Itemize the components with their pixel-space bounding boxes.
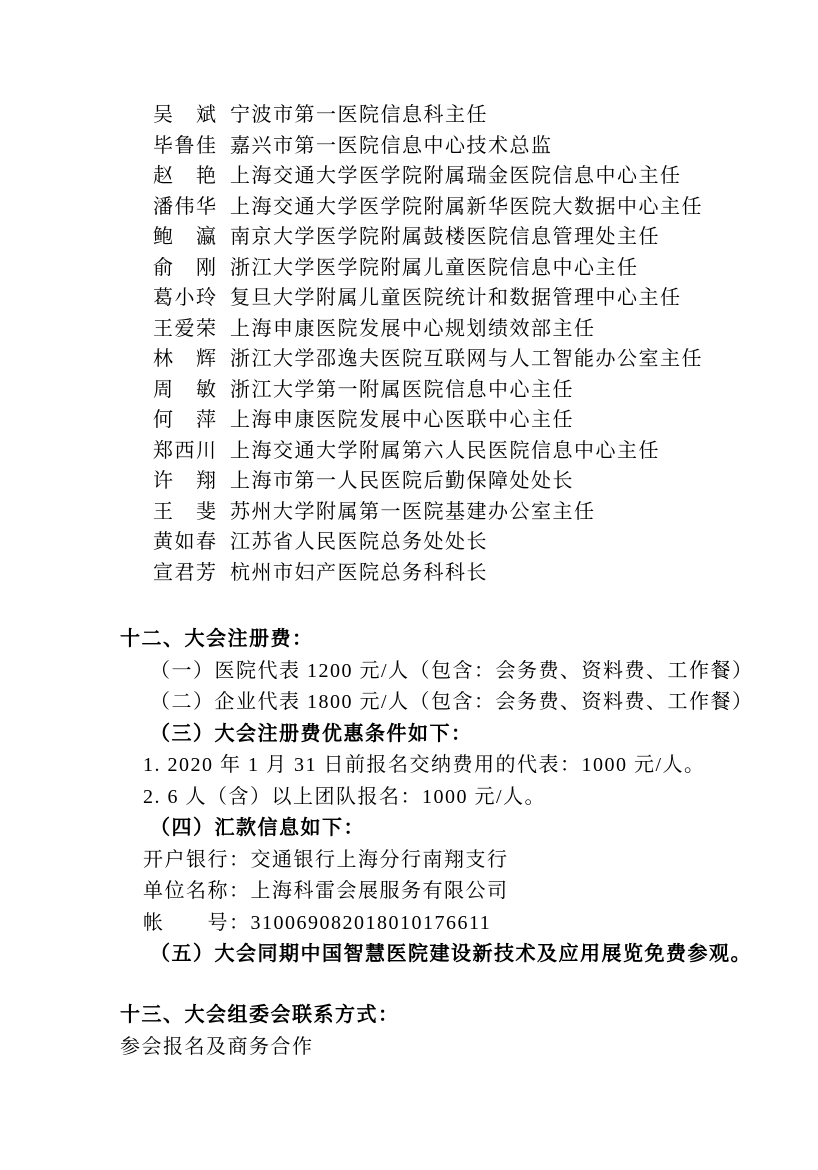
member-row: 毕鲁佳 嘉兴市第一医院信息中心技术总监: [153, 131, 758, 162]
discount-item-early-bird: 1. 2020 年 1 月 31 日前报名交纳费用的代表：1000 元/人。: [0, 750, 818, 782]
member-name: 葛小玲: [153, 283, 219, 314]
member-title: 复旦大学附属儿童医院统计和数据管理中心主任: [230, 283, 682, 314]
member-name: 何 萍: [153, 405, 219, 436]
member-title: 浙江大学第一附属医院信息中心主任: [230, 375, 574, 406]
remittance-account-line: 帐 号：310069082018010176611: [0, 908, 818, 940]
member-name: 郑西川: [153, 436, 219, 467]
member-title: 上海申康医院发展中心医联中心主任: [230, 405, 574, 436]
fee-item-hospital: （一）医院代表 1200 元/人（包含：会务费、资料费、工作餐）: [0, 656, 818, 688]
member-name: 许 翔: [153, 466, 219, 497]
member-name: 王爱荣: [153, 314, 219, 345]
member-row: 林 辉 浙江大学邵逸夫医院互联网与人工智能办公室主任: [153, 344, 758, 375]
member-name: 黄如春: [153, 527, 219, 558]
fee-item-enterprise: （二）企业代表 1800 元/人（包含：会务费、资料费、工作餐）: [0, 687, 818, 719]
member-row: 许 翔 上海市第一人民医院后勤保障处处长: [153, 466, 758, 497]
member-row: 葛小玲 复旦大学附属儿童医院统计和数据管理中心主任: [153, 283, 758, 314]
member-name: 赵 艳: [153, 161, 219, 192]
member-row: 赵 艳 上海交通大学医学院附属瑞金医院信息中心主任: [153, 161, 758, 192]
member-name: 周 敏: [153, 375, 219, 406]
member-title: 上海交通大学附属第六人民医院信息中心主任: [230, 436, 660, 467]
discount-conditions-heading: （三）大会注册费优惠条件如下：: [0, 719, 818, 751]
member-title: 上海申康医院发展中心规划绩效部主任: [230, 314, 596, 345]
exhibition-note-line: （五）大会同期中国智慧医院建设新技术及应用展览免费参观。: [0, 939, 818, 971]
member-title: 上海交通大学医学院附属新华医院大数据中心主任: [230, 192, 703, 223]
committee-member-list: 吴 斌 宁波市第一医院信息科主任 毕鲁佳 嘉兴市第一医院信息中心技术总监 赵 艳…: [153, 100, 758, 588]
member-name: 毕鲁佳: [153, 131, 219, 162]
remittance-company-line: 单位名称：上海科雷会展服务有限公司: [0, 876, 818, 908]
member-title: 浙江大学邵逸夫医院互联网与人工智能办公室主任: [230, 344, 703, 375]
member-row: 周 敏 浙江大学第一附属医院信息中心主任: [153, 375, 758, 406]
member-title: 杭州市妇产医院总务科科长: [230, 558, 488, 589]
member-name: 宣君芳: [153, 558, 219, 589]
member-row: 王 斐 苏州大学附属第一医院基建办公室主任: [153, 497, 758, 528]
remittance-info-heading: （四）汇款信息如下：: [0, 813, 818, 845]
member-title: 宁波市第一医院信息科主任: [230, 100, 488, 131]
member-name: 林 辉: [153, 344, 219, 375]
document-page: 吴 斌 宁波市第一医院信息科主任 毕鲁佳 嘉兴市第一医院信息中心技术总监 赵 艳…: [0, 0, 818, 1170]
member-title: 浙江大学医学院附属儿童医院信息中心主任: [230, 253, 639, 284]
member-name: 吴 斌: [153, 100, 219, 131]
member-name: 王 斐: [153, 497, 219, 528]
member-title: 江苏省人民医院总务处处长: [230, 527, 488, 558]
section-heading-registration-fee: 十二、大会注册费：: [0, 624, 818, 656]
section-heading-contact: 十三、大会组委会联系方式：: [0, 1000, 818, 1032]
member-title: 南京大学医学院附属鼓楼医院信息管理处主任: [230, 222, 660, 253]
member-title: 嘉兴市第一医院信息中心技术总监: [230, 131, 553, 162]
member-row: 俞 刚 浙江大学医学院附属儿童医院信息中心主任: [153, 253, 758, 284]
registration-fee-section: 十二、大会注册费： （一）医院代表 1200 元/人（包含：会务费、资料费、工作…: [0, 624, 818, 971]
member-title: 苏州大学附属第一医院基建办公室主任: [230, 497, 596, 528]
member-row: 郑西川 上海交通大学附属第六人民医院信息中心主任: [153, 436, 758, 467]
member-row: 潘伟华 上海交通大学医学院附属新华医院大数据中心主任: [153, 192, 758, 223]
contact-line-registration-cooperation: 参会报名及商务合作: [0, 1032, 818, 1064]
member-row: 黄如春 江苏省人民医院总务处处长: [153, 527, 758, 558]
member-name: 潘伟华: [153, 192, 219, 223]
member-row: 王爱荣 上海申康医院发展中心规划绩效部主任: [153, 314, 758, 345]
contact-section: 十三、大会组委会联系方式： 参会报名及商务合作: [0, 1000, 818, 1063]
member-row: 何 萍 上海申康医院发展中心医联中心主任: [153, 405, 758, 436]
member-row: 吴 斌 宁波市第一医院信息科主任: [153, 100, 758, 131]
member-row: 宣君芳 杭州市妇产医院总务科科长: [153, 558, 758, 589]
remittance-bank-line: 开户银行：交通银行上海分行南翔支行: [0, 845, 818, 877]
member-name: 鲍 瀛: [153, 222, 219, 253]
discount-item-group: 2. 6 人（含）以上团队报名：1000 元/人。: [0, 782, 818, 814]
member-title: 上海交通大学医学院附属瑞金医院信息中心主任: [230, 161, 682, 192]
member-title: 上海市第一人民医院后勤保障处处长: [230, 466, 574, 497]
member-row: 鲍 瀛 南京大学医学院附属鼓楼医院信息管理处主任: [153, 222, 758, 253]
member-name: 俞 刚: [153, 253, 219, 284]
